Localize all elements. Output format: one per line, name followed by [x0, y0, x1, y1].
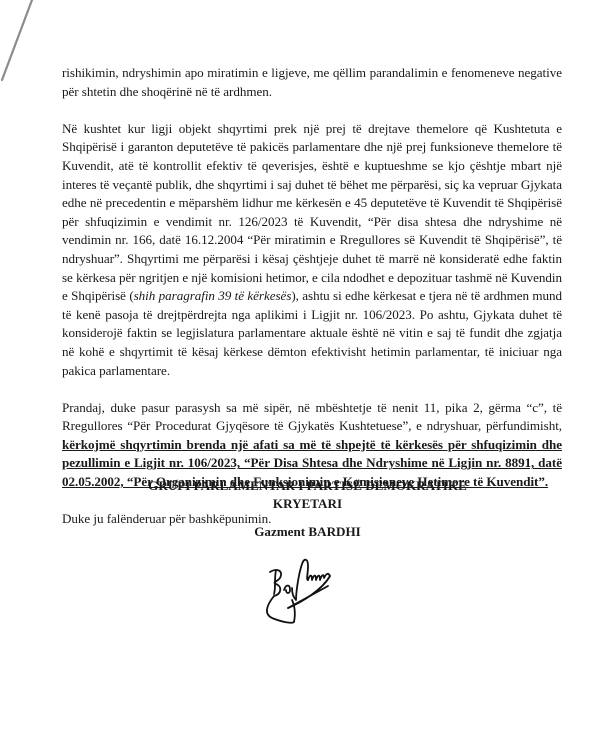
paragraph-text: Prandaj, duke pasur parasysh sa më sipër… [62, 400, 562, 434]
letter-body: rishikimin, ndryshimin apo miratimin e l… [62, 64, 562, 547]
handwritten-signature [262, 550, 352, 626]
signatory-organization: GRUPI PARLAMENTAR I PARTISË DEMOKRATIKE [0, 477, 615, 495]
document-page: rishikimin, ndryshimin apo miratimin e l… [0, 0, 615, 754]
signatory-name: Gazment BARDHI [0, 523, 615, 541]
signatory-role: KRYETARI [0, 495, 615, 513]
signature-block: GRUPI PARLAMENTAR I PARTISË DEMOKRATIKE … [0, 477, 615, 513]
paragraph-reference-italic: shih paragrafin 39 të kërkesës [134, 288, 292, 303]
margin-line-mark [0, 0, 40, 90]
paragraph-priority-argument: Në kushtet kur ligji objekt shqyrtimi pr… [62, 120, 562, 380]
paragraph-text: Në kushtet kur ligji objekt shqyrtimi pr… [62, 121, 562, 303]
paragraph-continuation: rishikimin, ndryshimin apo miratimin e l… [62, 64, 562, 101]
